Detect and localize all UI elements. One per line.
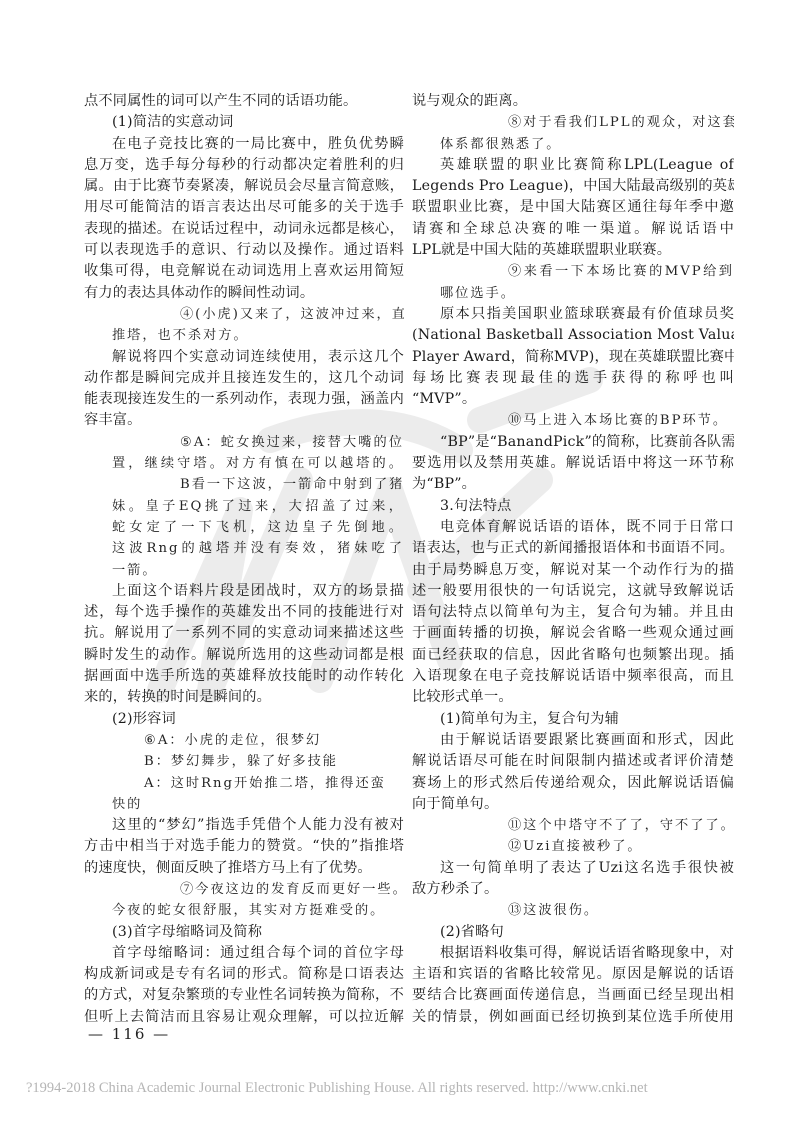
paragraph-line: 属。由于比赛节奏紧凑，解说员会尽量言简意赅， [84, 176, 404, 197]
paragraph-line: “MVP”。 [412, 389, 734, 410]
paragraph-line: 说与观众的距离。 [412, 91, 734, 112]
example-quote-line: 一箭。 [84, 560, 404, 581]
example-quote-line: ⑥A：小虎的走位，很梦幻 [84, 730, 404, 751]
right-column: 说与观众的距离。⑧对于看我们LPL的观众，对这套体系都很熟悉了。英雄联盟的职业比… [412, 91, 734, 1028]
paragraph-line: 的方式，对复杂繁琐的专业性名词转换为简称，不 [84, 985, 404, 1006]
example-quote-line: ⑩马上进入本场比赛的BP环节。 [412, 410, 734, 431]
example-quote-line: ⑪这个中塔守不了了，守不了了。 [412, 815, 734, 836]
paragraph-line: 抗。解说用了一系列不同的实意动词来描述这些 [84, 623, 404, 644]
example-quote-line: 哪位选手。 [412, 283, 734, 304]
paragraph-line: “BP”是“BanandPick”的简称，比赛前各队需 [412, 432, 734, 453]
paragraph-line: 语句法特点以简单句为主，复合句为辅。并且由 [412, 602, 734, 623]
example-quote-line: ⑫Uzi直接被秒了。 [412, 836, 734, 857]
paragraph-line: 赛场上的形式然后传递给观众，因此解说话语偏 [412, 773, 734, 794]
example-quote-line: ⑬这波很伤。 [412, 900, 734, 921]
paragraph-line: 述，每个选手操作的英雄发出不同的技能进行对 [84, 602, 404, 623]
example-quote-line: ⑤A：蛇女换过来，接替大嘴的位 [84, 432, 404, 453]
example-quote-line: 蛇女定了一下飞机，这边皇子先倒地。 [84, 517, 404, 538]
page-number: — 116 — [88, 1025, 170, 1043]
paragraph-line: 可以表现选手的意识、行动以及操作。通过语料 [84, 240, 404, 261]
paragraph-line: (1)简单句为主，复合句为辅 [412, 709, 734, 730]
example-quote-line: 这波Rng的越塔并没有奏效，猪妹吃了 [84, 538, 404, 559]
paragraph-line: (3)首字母缩略词及简称 [84, 922, 404, 943]
paragraph-line: 联盟职业比赛，是中国大陆赛区通往每年季中邀 [412, 197, 734, 218]
paragraph-line: 由于局势瞬息万变，解说对某一个动作行为的描 [412, 560, 734, 581]
example-quote-line: 妹。皇子EQ挑了过来，大招盖了过来， [84, 496, 404, 517]
paragraph-line: 面已经获取的信息，因此省略句也频繁出现。插 [412, 645, 734, 666]
paragraph-line: 这里的“梦幻”指选手凭借个人能力没有被对 [84, 815, 404, 836]
paragraph-line: 点不同属性的词可以产生不同的话语功能。 [84, 91, 404, 112]
paragraph-line: 敌方秒杀了。 [412, 879, 734, 900]
paragraph-line: 要选用以及禁用英雄。解说话语中将这一环节称 [412, 453, 734, 474]
paragraph-line: 根据语料收集可得，解说话语省略现象中，对 [412, 943, 734, 964]
example-quote-line: 今夜的蛇女很舒服，其实对方挺难受的。 [84, 900, 404, 921]
paragraph-line: 电竞体育解说话语的语体，既不同于日常口 [412, 517, 734, 538]
paragraph-line: 每场比赛表现最佳的选手获得的称呼也叫 [412, 368, 734, 389]
paragraph-line: 来的，转换的时间是瞬间的。 [84, 687, 404, 708]
paragraph-line: Legends Pro League)，中国大陆最高级别的英雄 [412, 176, 734, 197]
paragraph-line: 解说话语尽可能在时间限制内描述或者评价清楚 [412, 751, 734, 772]
example-quote-line: ⑨来看一下本场比赛的MVP给到 [412, 261, 734, 282]
example-quote-line: 体系都很熟悉了。 [412, 134, 734, 155]
paragraph-line: 容丰富。 [84, 410, 404, 431]
paragraph-line: 语表达，也与正式的新闻播报语体和书面语不同。 [412, 538, 734, 559]
paragraph-line: 解说将四个实意动词连续使用，表示这几个 [84, 347, 404, 368]
example-quote-line: B看一下这波，一箭命中射到了猪 [84, 474, 404, 495]
paragraph-line: 在电子竞技比赛的一局比赛中，胜负优势瞬 [84, 134, 404, 155]
journal-page: 点不同属性的词可以产生不同的话语功能。(1)简洁的实意动词在电子竞技比赛的一局比… [0, 0, 793, 1122]
paragraph-line: 瞬时发生的动作。解说所选用的这些动词都是根 [84, 645, 404, 666]
paragraph-line: 息万变，选手每分每秒的行动都决定着胜利的归 [84, 155, 404, 176]
paragraph-line: LPL就是中国大陆的英雄联盟职业联赛。 [412, 240, 734, 261]
paragraph-line: 能表现接连发生的一系列动作，表现力强，涵盖内 [84, 389, 404, 410]
example-quote-line: ⑧对于看我们LPL的观众，对这套 [412, 112, 734, 133]
paragraph-line: 首字母缩略词：通过组合每个词的首位字母 [84, 943, 404, 964]
paragraph-line: 入语现象在电子竞技解说话语中频率很高，而且 [412, 666, 734, 687]
paragraph-line: 述一般要用很快的一句话说完，这就导致解说话 [412, 581, 734, 602]
paragraph-line: 表现的描述。在说话过程中，动词永远都是核心， [84, 219, 404, 240]
example-quote-line: A：这时Rng开始推二塔，推得还蛮 [84, 773, 404, 794]
left-column: 点不同属性的词可以产生不同的话语功能。(1)简洁的实意动词在电子竞技比赛的一局比… [84, 91, 404, 1028]
paragraph-line: 主语和宾语的省略比较常见。原因是解说的话语 [412, 964, 734, 985]
paragraph-line: 要结合比赛画面传递信息，当画面已经呈现出相 [412, 985, 734, 1006]
paragraph-line: 3.句法特点 [412, 496, 734, 517]
paragraph-line: 请赛和全球总决赛的唯一渠道。解说话语中 [412, 219, 734, 240]
example-quote-line: ⑦今夜这边的发育反而更好一些。 [84, 879, 404, 900]
example-quote-line: 推塔，也不杀对方。 [84, 325, 404, 346]
paragraph-line: 向于简单句。 [412, 794, 734, 815]
example-quote-line: ④(小虎)又来了，这波冲过来，直接 [84, 304, 404, 325]
paragraph-line: 英雄联盟的职业比赛简称LPL(League of [412, 155, 734, 176]
paragraph-line: (2)形容词 [84, 709, 404, 730]
paragraph-line: 的速度快，侧面反映了推塔方马上有了优势。 [84, 858, 404, 879]
copyright-footer: ?1994-2018 China Academic Journal Electr… [26, 1080, 648, 1097]
example-quote-line: B：梦幻舞步，躲了好多技能 [84, 751, 404, 772]
paragraph-line: 比较形式单一。 [412, 687, 734, 708]
paragraph-line: 动作都是瞬间完成并且接连发生的，这几个动词 [84, 368, 404, 389]
paragraph-line: 为“BP”。 [412, 474, 734, 495]
paragraph-line: 用尽可能简洁的语言表达出尽可能多的关于选手 [84, 197, 404, 218]
paragraph-line: 据画面中选手所选的英雄释放技能时的动作转化 [84, 666, 404, 687]
example-quote-line: 快的 [84, 794, 404, 815]
paragraph-line: 构成新词或是专有名词的形式。简称是口语表达 [84, 964, 404, 985]
paragraph-line: 方击中相当于对选手能力的赞赏。“快的”指推塔 [84, 836, 404, 857]
paragraph-line: 原本只指美国职业篮球联赛最有价值球员奖 [412, 304, 734, 325]
paragraph-line: 有力的表达具体动作的瞬间性动词。 [84, 283, 404, 304]
paragraph-line: (2)省略句 [412, 922, 734, 943]
paragraph-line: 于画面转播的切换，解说会省略一些观众通过画 [412, 623, 734, 644]
paragraph-line: 关的情景，例如画面已经切换到某位选手所使用 [412, 1007, 734, 1028]
paragraph-line: Player Award，简称MVP)，现在英雄联盟比赛中 [412, 347, 734, 368]
paragraph-line: 由于解说话语要跟紧比赛画面和形式，因此 [412, 730, 734, 751]
paragraph-line: (1)简洁的实意动词 [84, 112, 404, 133]
paragraph-line: 收集可得，电竞解说在动词选用上喜欢运用简短 [84, 261, 404, 282]
paragraph-line: (National Basketball Association Most Va… [412, 325, 734, 346]
example-quote-line: 置，继续守塔。对方有慎在可以越塔的。 [84, 453, 404, 474]
paragraph-line: 这一句简单明了表达了Uzi这名选手很快被 [412, 858, 734, 879]
paragraph-line: 上面这个语料片段是团战时，双方的场景描 [84, 581, 404, 602]
